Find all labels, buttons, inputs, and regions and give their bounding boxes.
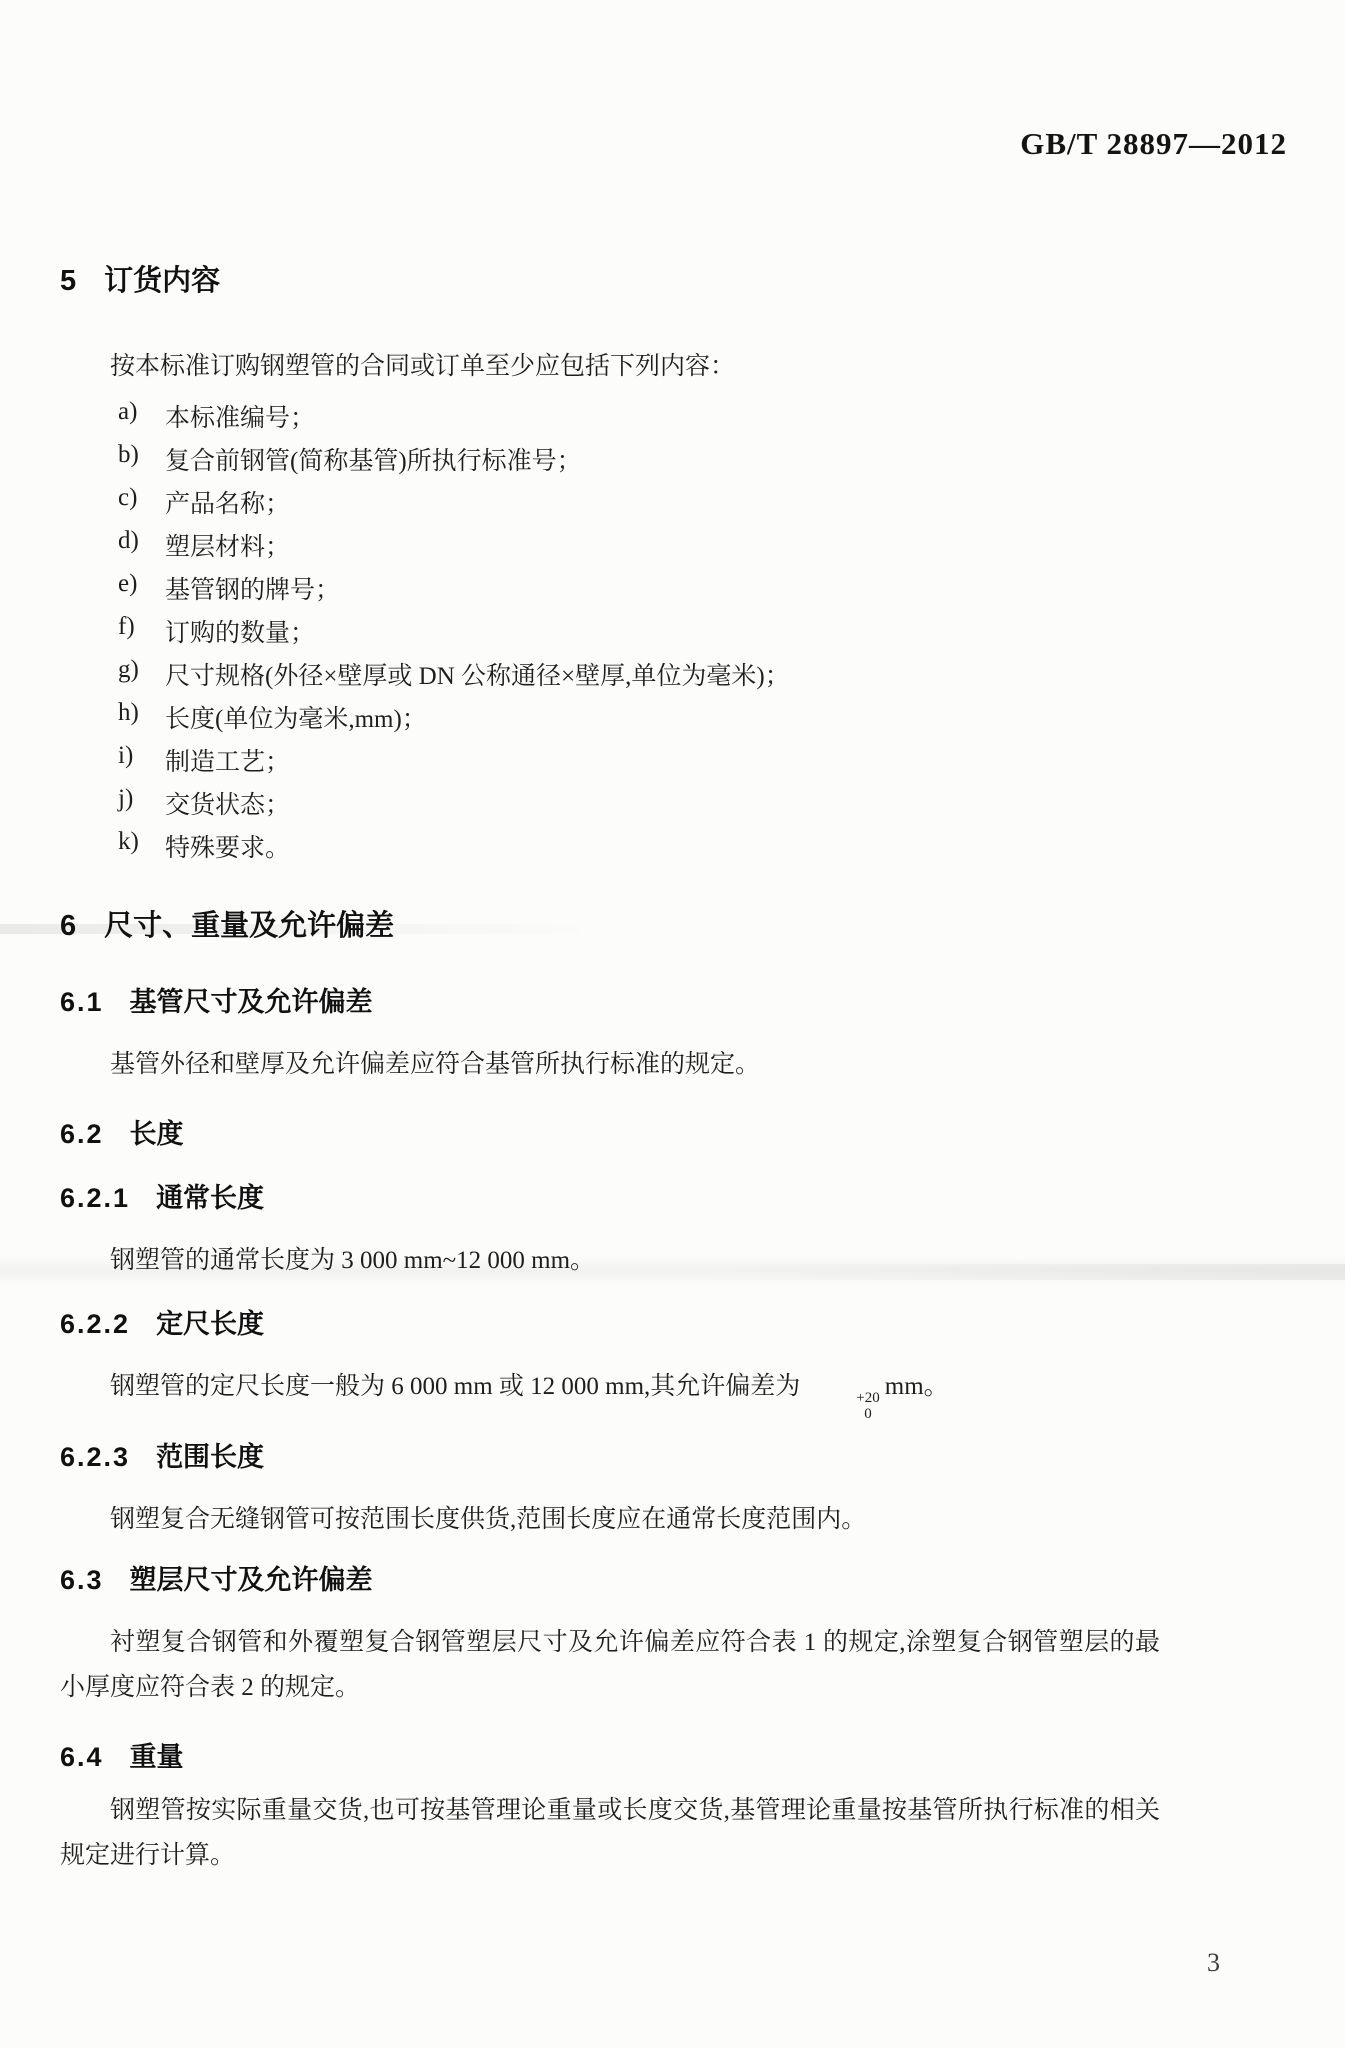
tolerance-notation: +200 bbox=[806, 1391, 879, 1423]
item-text: 塑层材料； bbox=[165, 527, 290, 563]
section-6-2-heading: 6.2长度 bbox=[60, 1112, 184, 1151]
section-6-2-3-heading: 6.2.3范围长度 bbox=[60, 1435, 264, 1474]
item-label: j) bbox=[118, 785, 165, 821]
section-6-2-2-body: 钢塑管的定尺长度一般为 6 000 mm 或 12 000 mm,其允许偏差为+… bbox=[60, 1364, 1160, 1423]
section-6-1-heading: 6.1基管尺寸及允许偏差 bbox=[60, 980, 373, 1019]
heading-title: 订货内容 bbox=[104, 265, 220, 297]
body-text-after: mm。 bbox=[885, 1373, 949, 1400]
item-text: 订购的数量； bbox=[165, 613, 315, 649]
item-label: d) bbox=[118, 527, 165, 563]
section-5-intro: 按本标准订购钢塑管的合同或订单至少应包括下列内容： bbox=[60, 344, 1160, 389]
heading-title: 范围长度 bbox=[156, 1442, 264, 1472]
heading-title: 基管尺寸及允许偏差 bbox=[130, 987, 373, 1017]
section-6-2-1-heading: 6.2.1通常长度 bbox=[60, 1176, 264, 1215]
order-item-a: a)本标准编号； bbox=[118, 398, 315, 434]
order-item-d: d)塑层材料； bbox=[118, 527, 290, 563]
section-6-2-2-heading: 6.2.2定尺长度 bbox=[60, 1302, 264, 1341]
section-6-4-heading: 6.4重量 bbox=[60, 1735, 184, 1774]
item-text: 制造工艺； bbox=[165, 742, 290, 778]
item-text: 尺寸规格(外径×壁厚或 DN 公称通径×壁厚,单位为毫米)； bbox=[165, 656, 790, 692]
item-text: 复合前钢管(简称基管)所执行标准号； bbox=[165, 441, 582, 477]
section-6-1-body: 基管外径和壁厚及允许偏差应符合基管所执行标准的规定。 bbox=[60, 1042, 1160, 1087]
heading-number: 6.1 bbox=[60, 987, 104, 1017]
item-text: 本标准编号； bbox=[165, 398, 315, 434]
heading-title: 尺寸、重量及允许偏差 bbox=[104, 910, 394, 942]
item-label: i) bbox=[118, 742, 165, 778]
heading-title: 定尺长度 bbox=[156, 1309, 264, 1339]
item-label: h) bbox=[118, 699, 165, 735]
section-5-heading: 5订货内容 bbox=[60, 258, 220, 299]
section-6-heading: 6尺寸、重量及允许偏差 bbox=[60, 903, 394, 944]
doc-number-header: GB/T 28897—2012 bbox=[1020, 126, 1287, 162]
item-text: 交货状态； bbox=[165, 785, 290, 821]
tolerance-superscript: +20 bbox=[806, 1391, 879, 1407]
item-label: e) bbox=[118, 570, 165, 606]
item-text: 基管钢的牌号； bbox=[165, 570, 340, 606]
heading-title: 通常长度 bbox=[156, 1183, 264, 1213]
section-6-2-3-body: 钢塑复合无缝钢管可按范围长度供货,范围长度应在通常长度范围内。 bbox=[60, 1497, 1160, 1542]
heading-number: 6.3 bbox=[60, 1565, 104, 1595]
heading-number: 6.2 bbox=[60, 1119, 104, 1149]
heading-number: 6 bbox=[60, 910, 78, 942]
heading-number: 6.2.3 bbox=[60, 1442, 130, 1472]
body-text-before: 钢塑管的定尺长度一般为 6 000 mm 或 12 000 mm,其允许偏差为 bbox=[110, 1373, 800, 1400]
item-label: c) bbox=[118, 484, 165, 520]
section-6-2-1-body: 钢塑管的通常长度为 3 000 mm~12 000 mm。 bbox=[60, 1238, 1160, 1283]
heading-number: 5 bbox=[60, 265, 78, 297]
order-item-g: g)尺寸规格(外径×壁厚或 DN 公称通径×壁厚,单位为毫米)； bbox=[118, 656, 790, 692]
item-label: f) bbox=[118, 613, 165, 649]
heading-number: 6.4 bbox=[60, 1742, 104, 1772]
order-item-e: e)基管钢的牌号； bbox=[118, 570, 340, 606]
heading-number: 6.2.1 bbox=[60, 1183, 130, 1213]
item-text: 特殊要求。 bbox=[165, 828, 290, 864]
item-label: b) bbox=[118, 441, 165, 477]
item-text: 产品名称； bbox=[165, 484, 290, 520]
order-item-f: f)订购的数量； bbox=[118, 613, 315, 649]
item-label: g) bbox=[118, 656, 165, 692]
section-6-4-body: 钢塑管按实际重量交货,也可按基管理论重量或长度交货,基管理论重量按基管所执行标准… bbox=[60, 1788, 1160, 1878]
heading-title: 重量 bbox=[130, 1742, 184, 1772]
heading-number: 6.2.2 bbox=[60, 1309, 130, 1339]
order-item-c: c)产品名称； bbox=[118, 484, 290, 520]
heading-title: 塑层尺寸及允许偏差 bbox=[130, 1565, 373, 1595]
document-page: GB/T 28897—2012 5订货内容 按本标准订购钢塑管的合同或订单至少应… bbox=[0, 0, 1345, 2048]
order-item-b: b)复合前钢管(简称基管)所执行标准号； bbox=[118, 441, 582, 477]
section-6-3-body: 衬塑复合钢管和外覆塑复合钢管塑层尺寸及允许偏差应符合表 1 的规定,涂塑复合钢管… bbox=[60, 1620, 1160, 1710]
item-label: k) bbox=[118, 828, 165, 864]
page-number: 3 bbox=[1207, 1948, 1220, 1978]
order-item-h: h)长度(单位为毫米,mm)； bbox=[118, 699, 427, 735]
section-6-3-heading: 6.3塑层尺寸及允许偏差 bbox=[60, 1558, 373, 1597]
order-item-j: j)交货状态； bbox=[118, 785, 290, 821]
order-item-i: i)制造工艺； bbox=[118, 742, 290, 778]
item-label: a) bbox=[118, 398, 165, 434]
item-text: 长度(单位为毫米,mm)； bbox=[165, 699, 427, 735]
heading-title: 长度 bbox=[130, 1119, 184, 1149]
order-item-k: k)特殊要求。 bbox=[118, 828, 290, 864]
tolerance-subscript: 0 bbox=[814, 1407, 872, 1423]
